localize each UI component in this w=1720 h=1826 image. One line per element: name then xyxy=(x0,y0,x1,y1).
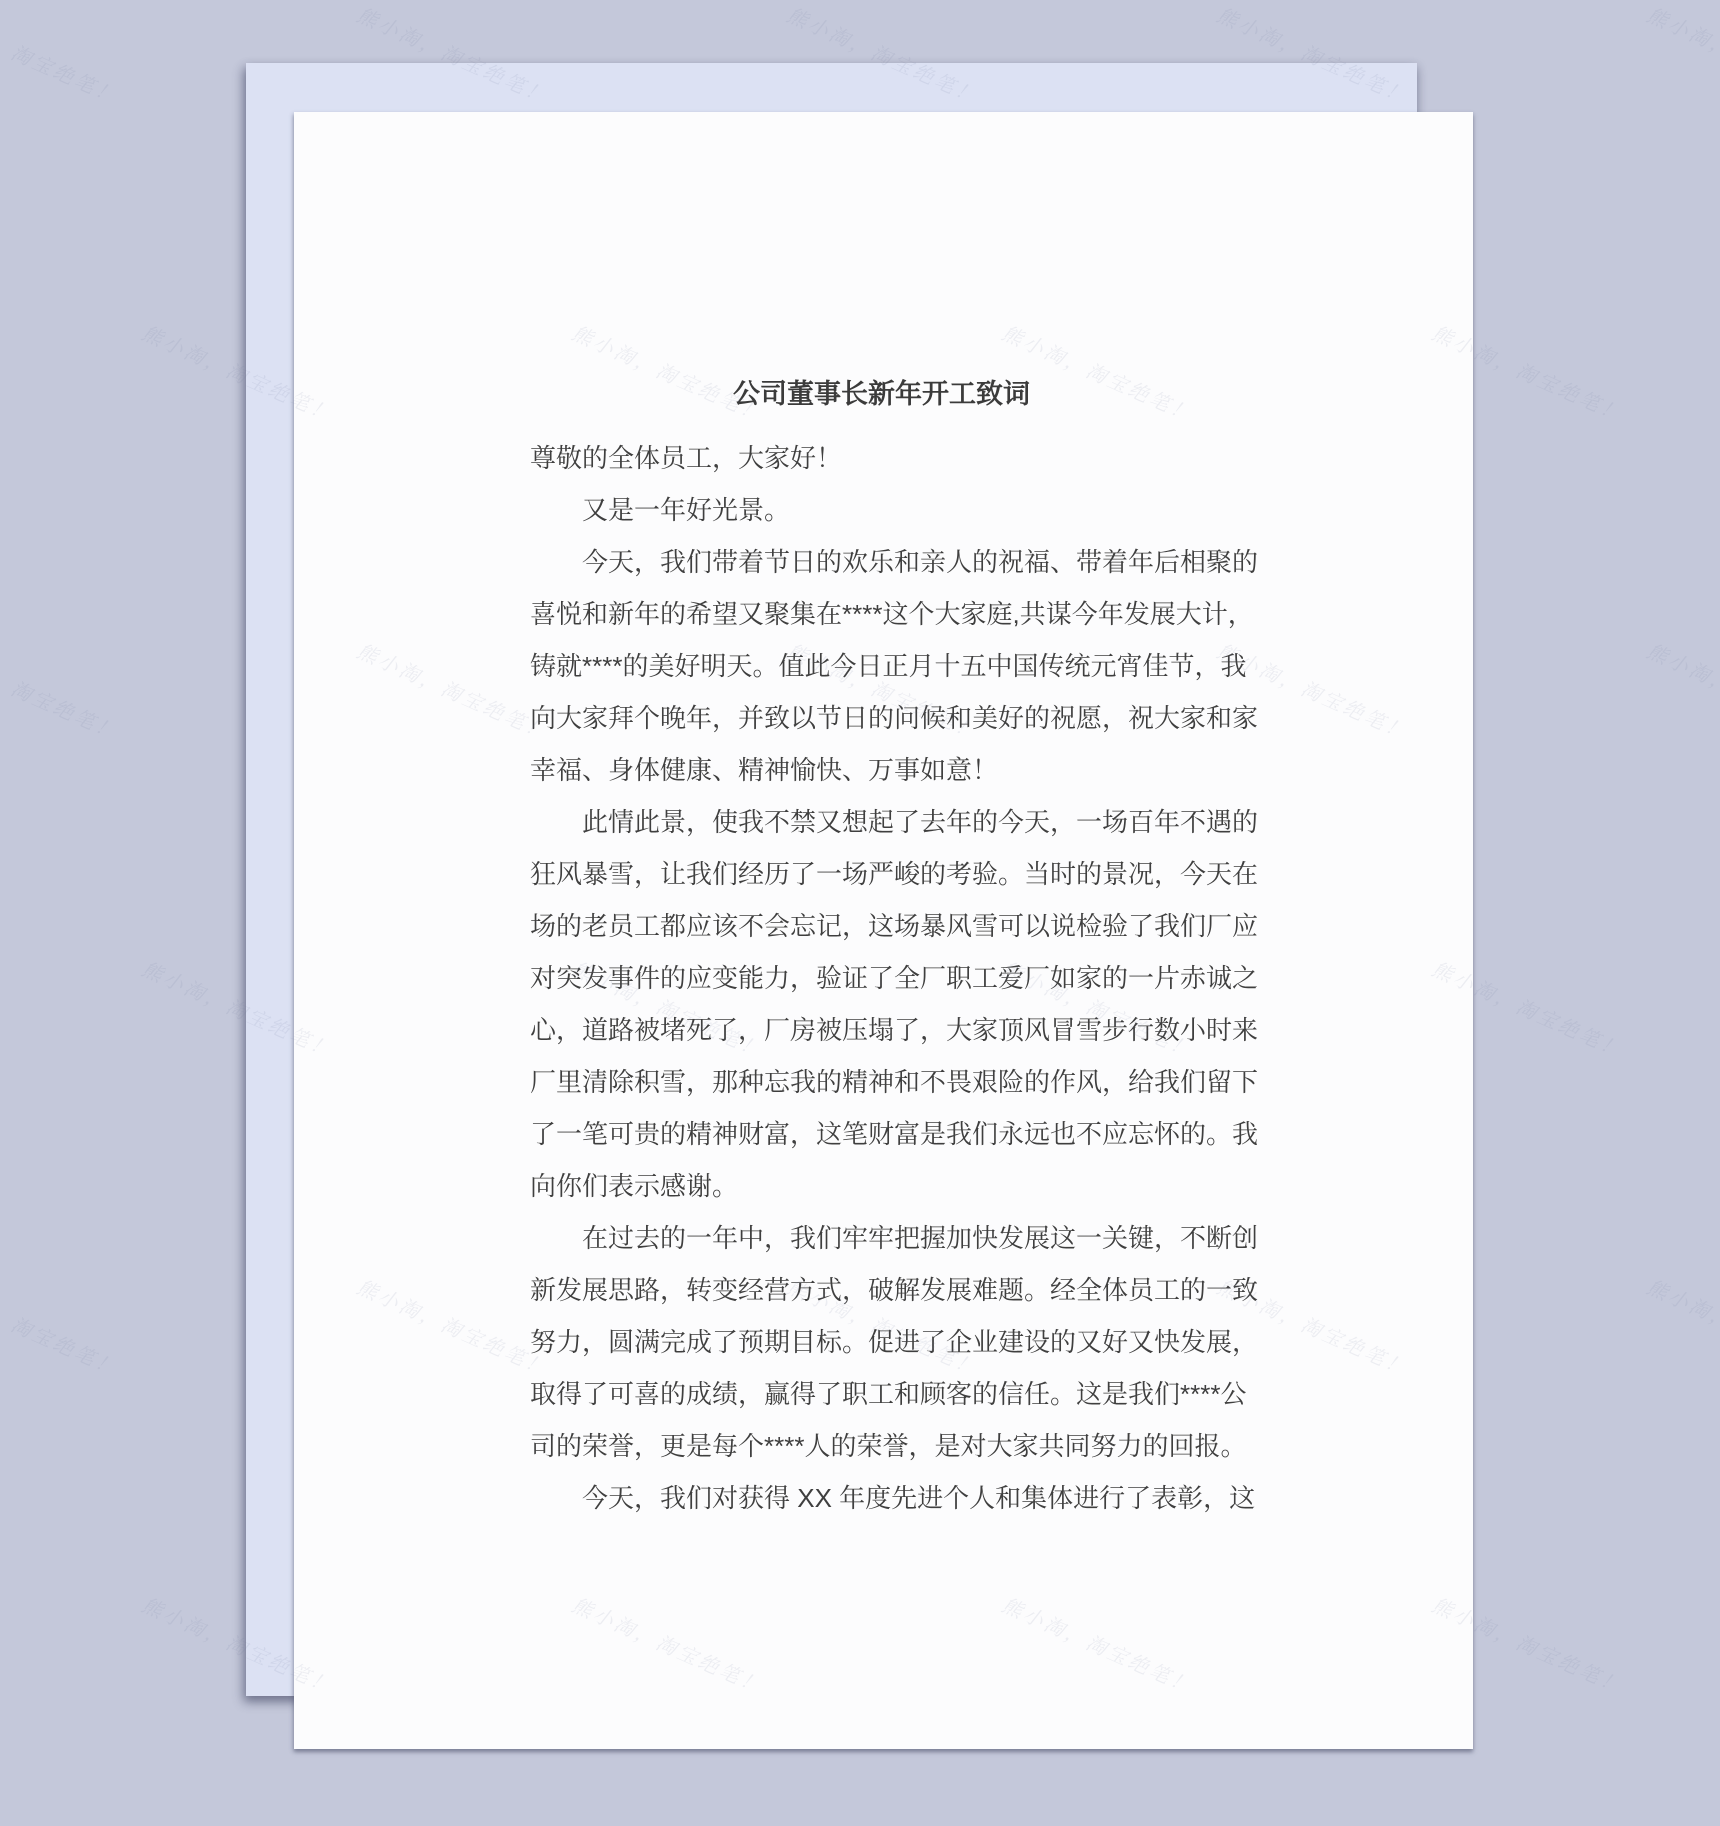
text-line: 新发展思路，转变经营方式，破解发展难题。经全体员工的一致 xyxy=(530,1264,1233,1316)
watermark-text: 熊小淘，淘宝绝笔！ xyxy=(1643,0,1720,110)
text-line: 今天，我们对获得 XX 年度先进个人和集体进行了表彰，这 xyxy=(530,1472,1233,1524)
document-body: 尊敬的全体员工，大家好！ 又是一年好光景。 今天，我们带着节日的欢乐和亲人的祝福… xyxy=(530,432,1233,1524)
document-title: 公司董事长新年开工致词 xyxy=(530,374,1233,414)
text-line: 对突发事件的应变能力，验证了全厂职工爱厂如家的一片赤诚之 xyxy=(530,952,1233,1004)
watermark-text: 熊小淘，淘宝绝笔！ xyxy=(0,635,124,746)
text-line: 又是一年好光景。 xyxy=(530,484,1233,536)
text-line: 尊敬的全体员工，大家好！ xyxy=(530,432,1233,484)
text-line: 狂风暴雪，让我们经历了一场严峻的考验。当时的景况，今天在 xyxy=(530,848,1233,900)
watermark-text: 熊小淘，淘宝绝笔！ xyxy=(0,0,124,110)
watermark-text: 熊小淘，淘宝绝笔！ xyxy=(1643,635,1720,746)
desktop-background: 公司董事长新年开工致词 尊敬的全体员工，大家好！ 又是一年好光景。 今天，我们带… xyxy=(0,0,1720,1826)
text-line: 今天，我们带着节日的欢乐和亲人的祝福、带着年后相聚的 xyxy=(530,536,1233,588)
text-line: 铸就****的美好明天。值此今日正月十五中国传统元宵佳节，我 xyxy=(530,640,1233,692)
text-line: 心，道路被堵死了，厂房被压塌了，大家顶风冒雪步行数小时来 xyxy=(530,1004,1233,1056)
text-line: 场的老员工都应该不会忘记，这场暴风雪可以说检验了我们厂应 xyxy=(530,900,1233,952)
watermark-text: 熊小淘，淘宝绝笔！ xyxy=(0,1271,124,1382)
text-line: 了一笔可贵的精神财富，这笔财富是我们永远也不应忘怀的。我 xyxy=(530,1108,1233,1160)
watermark-text: 熊小淘，淘宝绝笔！ xyxy=(1643,1271,1720,1382)
text-line: 努力，圆满完成了预期目标。促进了企业建设的又好又快发展， xyxy=(530,1316,1233,1368)
text-line: 在过去的一年中，我们牢牢把握加快发展这一关键，不断创 xyxy=(530,1212,1233,1264)
text-line: 向大家拜个晚年，并致以节日的问候和美好的祝愿，祝大家和家 xyxy=(530,692,1233,744)
text-line: 取得了可喜的成绩，赢得了职工和顾客的信任。这是我们****公 xyxy=(530,1368,1233,1420)
text-line: 向你们表示感谢。 xyxy=(530,1160,1233,1212)
text-line: 幸福、身体健康、精神愉快、万事如意！ xyxy=(530,744,1233,796)
text-line: 此情此景，使我不禁又想起了去年的今天，一场百年不遇的 xyxy=(530,796,1233,848)
document-page: 公司董事长新年开工致词 尊敬的全体员工，大家好！ 又是一年好光景。 今天，我们带… xyxy=(294,112,1473,1749)
text-line: 喜悦和新年的希望又聚集在****这个大家庭,共谋今年发展大计， xyxy=(530,588,1233,640)
text-line: 厂里清除积雪，那种忘我的精神和不畏艰险的作风，给我们留下 xyxy=(530,1056,1233,1108)
text-line: 司的荣誉，更是每个****人的荣誉，是对大家共同努力的回报。 xyxy=(530,1420,1233,1472)
